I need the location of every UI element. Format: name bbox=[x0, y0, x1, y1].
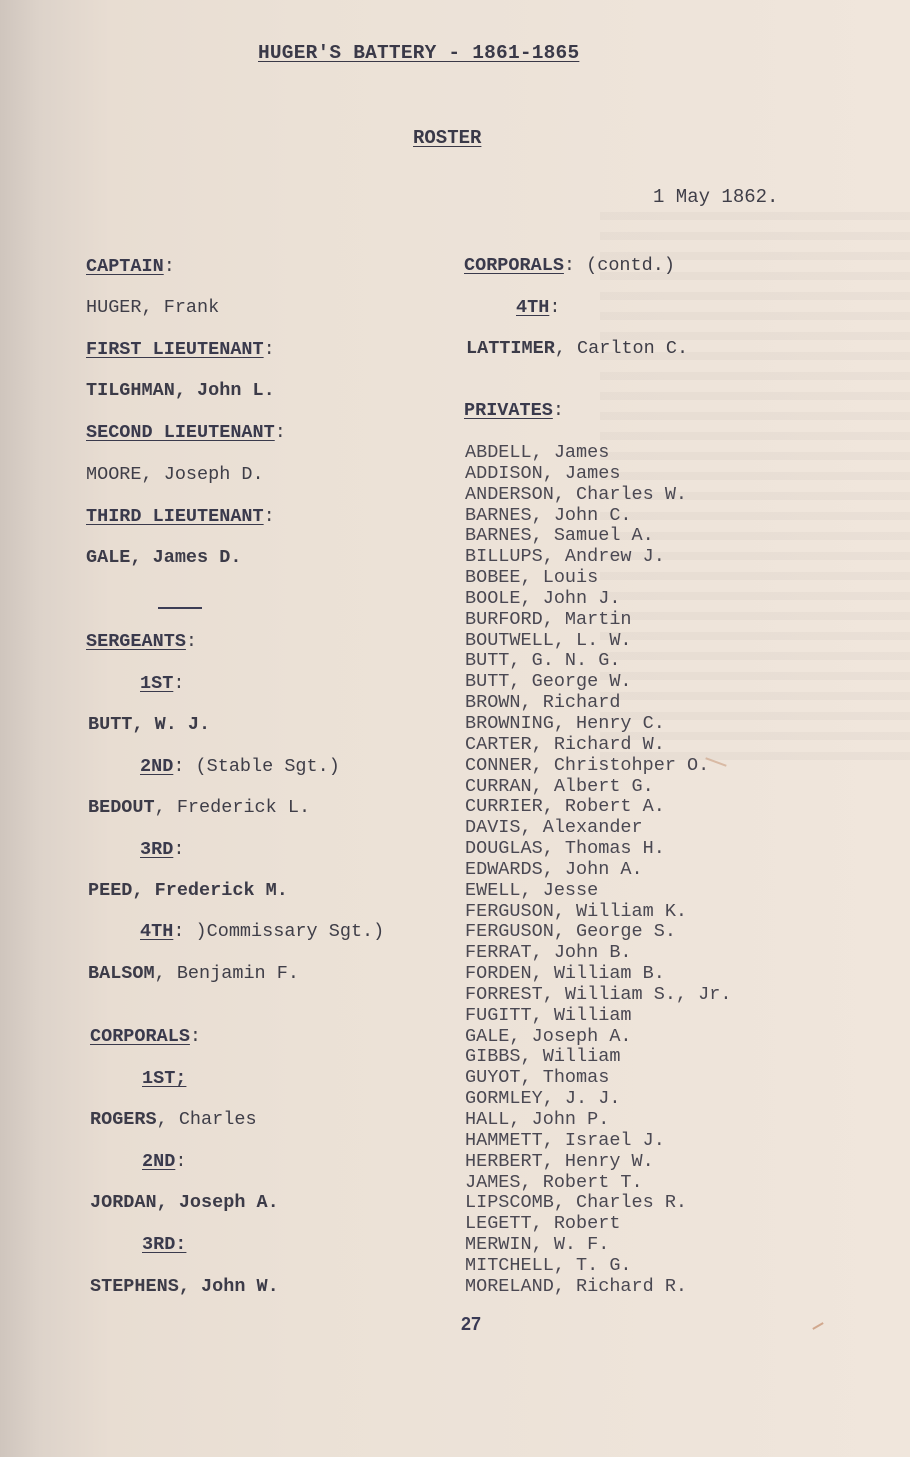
heading-privates: PRIVATES: bbox=[464, 401, 564, 422]
list-item: ANDERSON, Charles W. bbox=[465, 485, 731, 506]
list-item: CARTER, Richard W. bbox=[465, 735, 731, 756]
sergeant-4th-name: BALSOM, Benjamin F. bbox=[88, 964, 299, 985]
list-item: EDWARDS, John A. bbox=[465, 860, 731, 881]
list-item: BROWN, Richard bbox=[465, 693, 731, 714]
heading-third-lieutenant: THIRD LIEUTENANT: bbox=[86, 507, 275, 528]
list-item: FERGUSON, George S. bbox=[465, 922, 731, 943]
corporal-rank-3rd: 3RD: bbox=[142, 1235, 186, 1256]
list-item: BARNES, Samuel A. bbox=[465, 526, 731, 547]
list-item: ADDISON, James bbox=[465, 464, 731, 485]
captain-name: HUGER, Frank bbox=[86, 298, 219, 319]
heading-corporals: CORPORALS: bbox=[90, 1027, 201, 1048]
roster-date: 1 May 1862. bbox=[653, 186, 778, 208]
list-item: MERWIN, W. F. bbox=[465, 1235, 731, 1256]
list-item: GUYOT, Thomas bbox=[465, 1068, 731, 1089]
sergeant-3rd-name: PEED, Frederick M. bbox=[88, 881, 288, 902]
list-item: BUTT, G. N. G. bbox=[465, 651, 731, 672]
sergeant-rank-4th: 4TH: )Commissary Sgt.) bbox=[140, 922, 384, 943]
list-item: MORELAND, Richard R. bbox=[465, 1277, 731, 1298]
heading-sergeants: SERGEANTS: bbox=[86, 632, 197, 653]
sergeant-rank-3rd: 3RD: bbox=[140, 840, 184, 861]
list-item: GIBBS, William bbox=[465, 1047, 731, 1068]
corporal-2nd-name: JORDAN, Joseph A. bbox=[90, 1193, 279, 1214]
list-item: LIPSCOMB, Charles R. bbox=[465, 1193, 731, 1214]
list-item: FERGUSON, William K. bbox=[465, 902, 731, 923]
list-item: CURRIER, Robert A. bbox=[465, 797, 731, 818]
first-lieutenant-name: TILGHMAN, John L. bbox=[86, 381, 275, 402]
corporal-1st-name: ROGERS, Charles bbox=[90, 1110, 257, 1131]
list-item: HAMMETT, Israel J. bbox=[465, 1131, 731, 1152]
document-page: HUGER'S BATTERY - 1861-1865 ROSTER 1 May… bbox=[0, 0, 910, 1457]
section-divider bbox=[158, 607, 202, 609]
page-number: 27 bbox=[461, 1314, 481, 1335]
list-item: HALL, John P. bbox=[465, 1110, 731, 1131]
second-lieutenant-name: MOORE, Joseph D. bbox=[86, 465, 264, 486]
list-item: BOUTWELL, L. W. bbox=[465, 631, 731, 652]
list-item: FORDEN, William B. bbox=[465, 964, 731, 985]
list-item: BUTT, George W. bbox=[465, 672, 731, 693]
list-item: CURRAN, Albert G. bbox=[465, 777, 731, 798]
list-item: FUGITT, William bbox=[465, 1006, 731, 1027]
corporal-rank-1st: 1ST; bbox=[142, 1069, 186, 1090]
heading-corporals-contd: CORPORALS: (contd.) bbox=[464, 256, 675, 277]
document-title: HUGER'S BATTERY - 1861-1865 bbox=[258, 42, 579, 64]
list-item: ABDELL, James bbox=[465, 443, 731, 464]
list-item: BURFORD, Martin bbox=[465, 610, 731, 631]
corporal-rank-2nd: 2ND: bbox=[142, 1152, 186, 1173]
list-item: GALE, Joseph A. bbox=[465, 1027, 731, 1048]
heading-first-lieutenant: FIRST LIEUTENANT: bbox=[86, 340, 275, 361]
list-item: BARNES, John C. bbox=[465, 506, 731, 527]
list-item: FERRAT, John B. bbox=[465, 943, 731, 964]
sergeant-rank-2nd: 2ND: (Stable Sgt.) bbox=[140, 757, 340, 778]
list-item: GORMLEY, J. J. bbox=[465, 1089, 731, 1110]
corporal-4th-name: LATTIMER, Carlton C. bbox=[466, 339, 688, 360]
list-item: BOBEE, Louis bbox=[465, 568, 731, 589]
list-item: LEGETT, Robert bbox=[465, 1214, 731, 1235]
third-lieutenant-name: GALE, James D. bbox=[86, 548, 241, 569]
list-item: EWELL, Jesse bbox=[465, 881, 731, 902]
corporal-rank-4th: 4TH: bbox=[516, 298, 560, 319]
sergeant-1st-name: BUTT, W. J. bbox=[88, 715, 210, 736]
list-item: JAMES, Robert T. bbox=[465, 1173, 731, 1194]
privates-list: ABDELL, JamesADDISON, JamesANDERSON, Cha… bbox=[465, 443, 731, 1298]
list-item: CONNER, Christohper O. bbox=[465, 756, 731, 777]
list-item: MITCHELL, T. G. bbox=[465, 1256, 731, 1277]
heading-second-lieutenant: SECOND LIEUTENANT: bbox=[86, 423, 286, 444]
list-item: FORREST, William S., Jr. bbox=[465, 985, 731, 1006]
heading-captain: CAPTAIN: bbox=[86, 257, 175, 278]
corporal-3rd-name: STEPHENS, John W. bbox=[90, 1277, 279, 1298]
sergeant-2nd-name: BEDOUT, Frederick L. bbox=[88, 798, 310, 819]
paper-mark bbox=[812, 1322, 823, 1330]
list-item: DOUGLAS, Thomas H. bbox=[465, 839, 731, 860]
list-item: DAVIS, Alexander bbox=[465, 818, 731, 839]
list-item: BILLUPS, Andrew J. bbox=[465, 547, 731, 568]
document-subtitle: ROSTER bbox=[413, 127, 481, 149]
sergeant-rank-1st: 1ST: bbox=[140, 674, 184, 695]
list-item: BOOLE, John J. bbox=[465, 589, 731, 610]
list-item: BROWNING, Henry C. bbox=[465, 714, 731, 735]
list-item: HERBERT, Henry W. bbox=[465, 1152, 731, 1173]
